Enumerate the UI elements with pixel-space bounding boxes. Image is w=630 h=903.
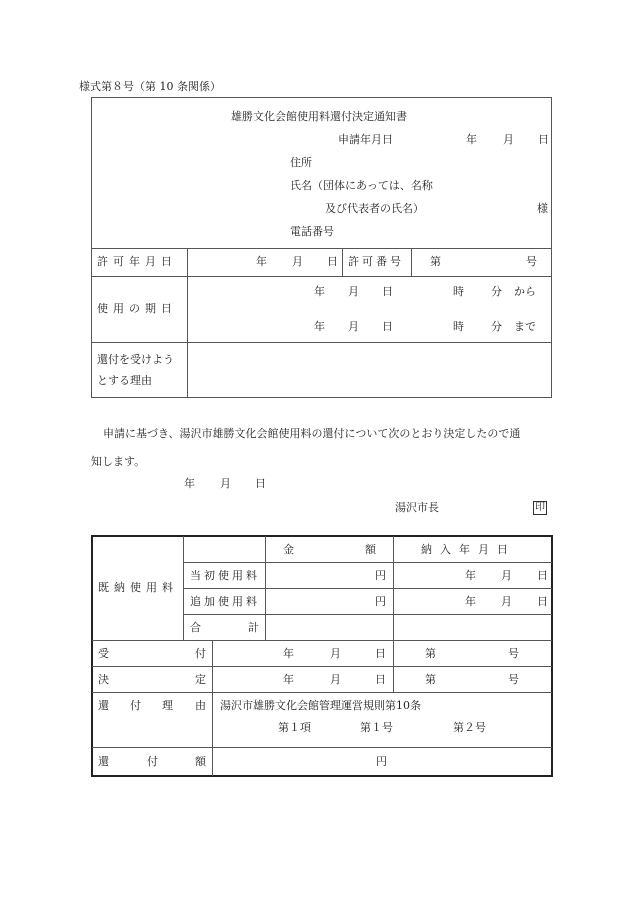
divider — [411, 248, 412, 276]
seal-mark: 印 — [533, 501, 547, 515]
divider — [212, 640, 213, 776]
divider — [91, 248, 552, 249]
application-date-year: 年 — [466, 133, 477, 147]
issuer: 湯沢市長 — [395, 501, 439, 515]
initial-fee-day: 日 — [537, 569, 548, 583]
decision-table — [91, 535, 553, 777]
usage-to-month: 月 — [348, 320, 359, 334]
name-label: 氏名（団体にあっては、名称 — [290, 179, 433, 193]
reason-label-cont: とする理由 — [97, 374, 152, 388]
reason-label: 還付を受けよう — [97, 353, 174, 367]
divider — [183, 562, 552, 563]
permit-date-year: 年 — [256, 255, 267, 269]
decision-no-prefix: 第 — [425, 673, 436, 687]
additional-fee-day: 日 — [537, 595, 548, 609]
permit-number-suffix: 号 — [526, 255, 537, 269]
usage-from-month: 月 — [348, 285, 359, 299]
receipt-no-prefix: 第 — [425, 647, 436, 661]
divider — [91, 276, 552, 277]
permit-number-label: 許可番号 — [348, 255, 404, 269]
phone-label: 電話番号 — [290, 225, 334, 239]
payment-date-header: 納入年月日 — [421, 543, 516, 557]
receipt-no-suffix: 号 — [508, 647, 519, 661]
usage-from-day: 日 — [382, 285, 393, 299]
divider — [91, 342, 552, 343]
total-label-1: 合 — [190, 621, 201, 635]
refund-reason-label: 理 — [162, 699, 173, 713]
divider — [187, 248, 188, 398]
usage-to-suffix: まで — [514, 320, 536, 334]
refund-amount-label: 額 — [195, 755, 206, 769]
usage-from-minute: 分 — [491, 285, 502, 299]
divider — [183, 588, 552, 589]
decision-label-2: 定 — [195, 673, 206, 687]
permit-date-month: 月 — [292, 255, 303, 269]
divider — [92, 666, 552, 667]
name-label-cont: 及び代表者の氏名） — [325, 202, 424, 216]
notice-body: 申請に基づき、湯沢市雄勝文化会館使用料の還付について次のとおり決定したので通 — [103, 427, 520, 441]
receipt-year: 年 — [283, 647, 294, 661]
form-number: 様式第８号（第 10 条関係） — [79, 80, 221, 94]
initial-fee-month: 月 — [501, 569, 512, 583]
paid-fee-label: 既納使用料 — [98, 581, 178, 595]
usage-to-day: 日 — [382, 320, 393, 334]
decision-label-1: 決 — [98, 673, 109, 687]
divider — [265, 536, 266, 640]
address-label: 住所 — [290, 156, 312, 170]
decision-no-suffix: 号 — [508, 673, 519, 687]
refund-rule: 湯沢市雄勝文化会館管理運営規則第10条 — [220, 699, 421, 713]
refund-item-1: 第１項 — [278, 721, 311, 735]
total-label-2: 計 — [248, 621, 259, 635]
receipt-day: 日 — [375, 647, 386, 661]
permit-date-label: 許可年月日 — [97, 255, 177, 269]
divider — [342, 248, 343, 276]
application-date-month: 月 — [503, 133, 514, 147]
additional-fee-year: 年 — [465, 595, 476, 609]
permit-number-prefix: 第 — [430, 255, 441, 269]
application-date-label: 申請年月日 — [338, 133, 393, 147]
additional-fee-unit: 円 — [375, 595, 386, 609]
usage-period-label: 使用の期日 — [97, 302, 177, 316]
additional-fee-month: 月 — [501, 595, 512, 609]
receipt-month: 月 — [330, 647, 341, 661]
divider — [92, 640, 552, 641]
divider — [183, 536, 184, 640]
divider — [393, 536, 394, 692]
refund-reason-label: 付 — [130, 699, 141, 713]
document-title: 雄勝文化会館使用料還付決定通知書 — [231, 110, 407, 124]
refund-item-3: 第２号 — [453, 721, 486, 735]
refund-amount-label: 還 — [98, 755, 109, 769]
usage-from-hour: 時 — [453, 285, 464, 299]
divider — [183, 614, 552, 615]
usage-from-suffix: から — [514, 285, 536, 299]
honorific: 様 — [537, 202, 548, 216]
application-date-day: 日 — [538, 133, 549, 147]
initial-fee-year: 年 — [465, 569, 476, 583]
additional-fee-label: 追加使用料 — [190, 595, 260, 609]
initial-fee-unit: 円 — [375, 569, 386, 583]
usage-to-minute: 分 — [491, 320, 502, 334]
permit-date-day: 日 — [327, 255, 338, 269]
notice-date-year: 年 — [184, 477, 195, 491]
receipt-label-1: 受 — [98, 647, 109, 661]
refund-amount-label: 付 — [147, 755, 158, 769]
decision-day: 日 — [375, 673, 386, 687]
divider — [92, 747, 552, 748]
notice-date-day: 日 — [255, 477, 266, 491]
refund-amount-unit: 円 — [376, 755, 387, 769]
decision-year: 年 — [283, 673, 294, 687]
refund-reason-label: 由 — [195, 699, 206, 713]
usage-to-year: 年 — [314, 320, 325, 334]
notice-date-month: 月 — [220, 477, 231, 491]
refund-item-2: 第１号 — [360, 721, 393, 735]
notice-body-cont: 知します。 — [91, 455, 145, 469]
decision-month: 月 — [330, 673, 341, 687]
usage-to-hour: 時 — [453, 320, 464, 334]
receipt-label-2: 付 — [195, 647, 206, 661]
initial-fee-label: 当初使用料 — [190, 569, 260, 583]
usage-from-year: 年 — [314, 285, 325, 299]
refund-reason-label: 還 — [98, 699, 109, 713]
divider — [92, 692, 552, 693]
amount-header-2: 額 — [365, 543, 376, 557]
amount-header-1: 金 — [283, 543, 294, 557]
